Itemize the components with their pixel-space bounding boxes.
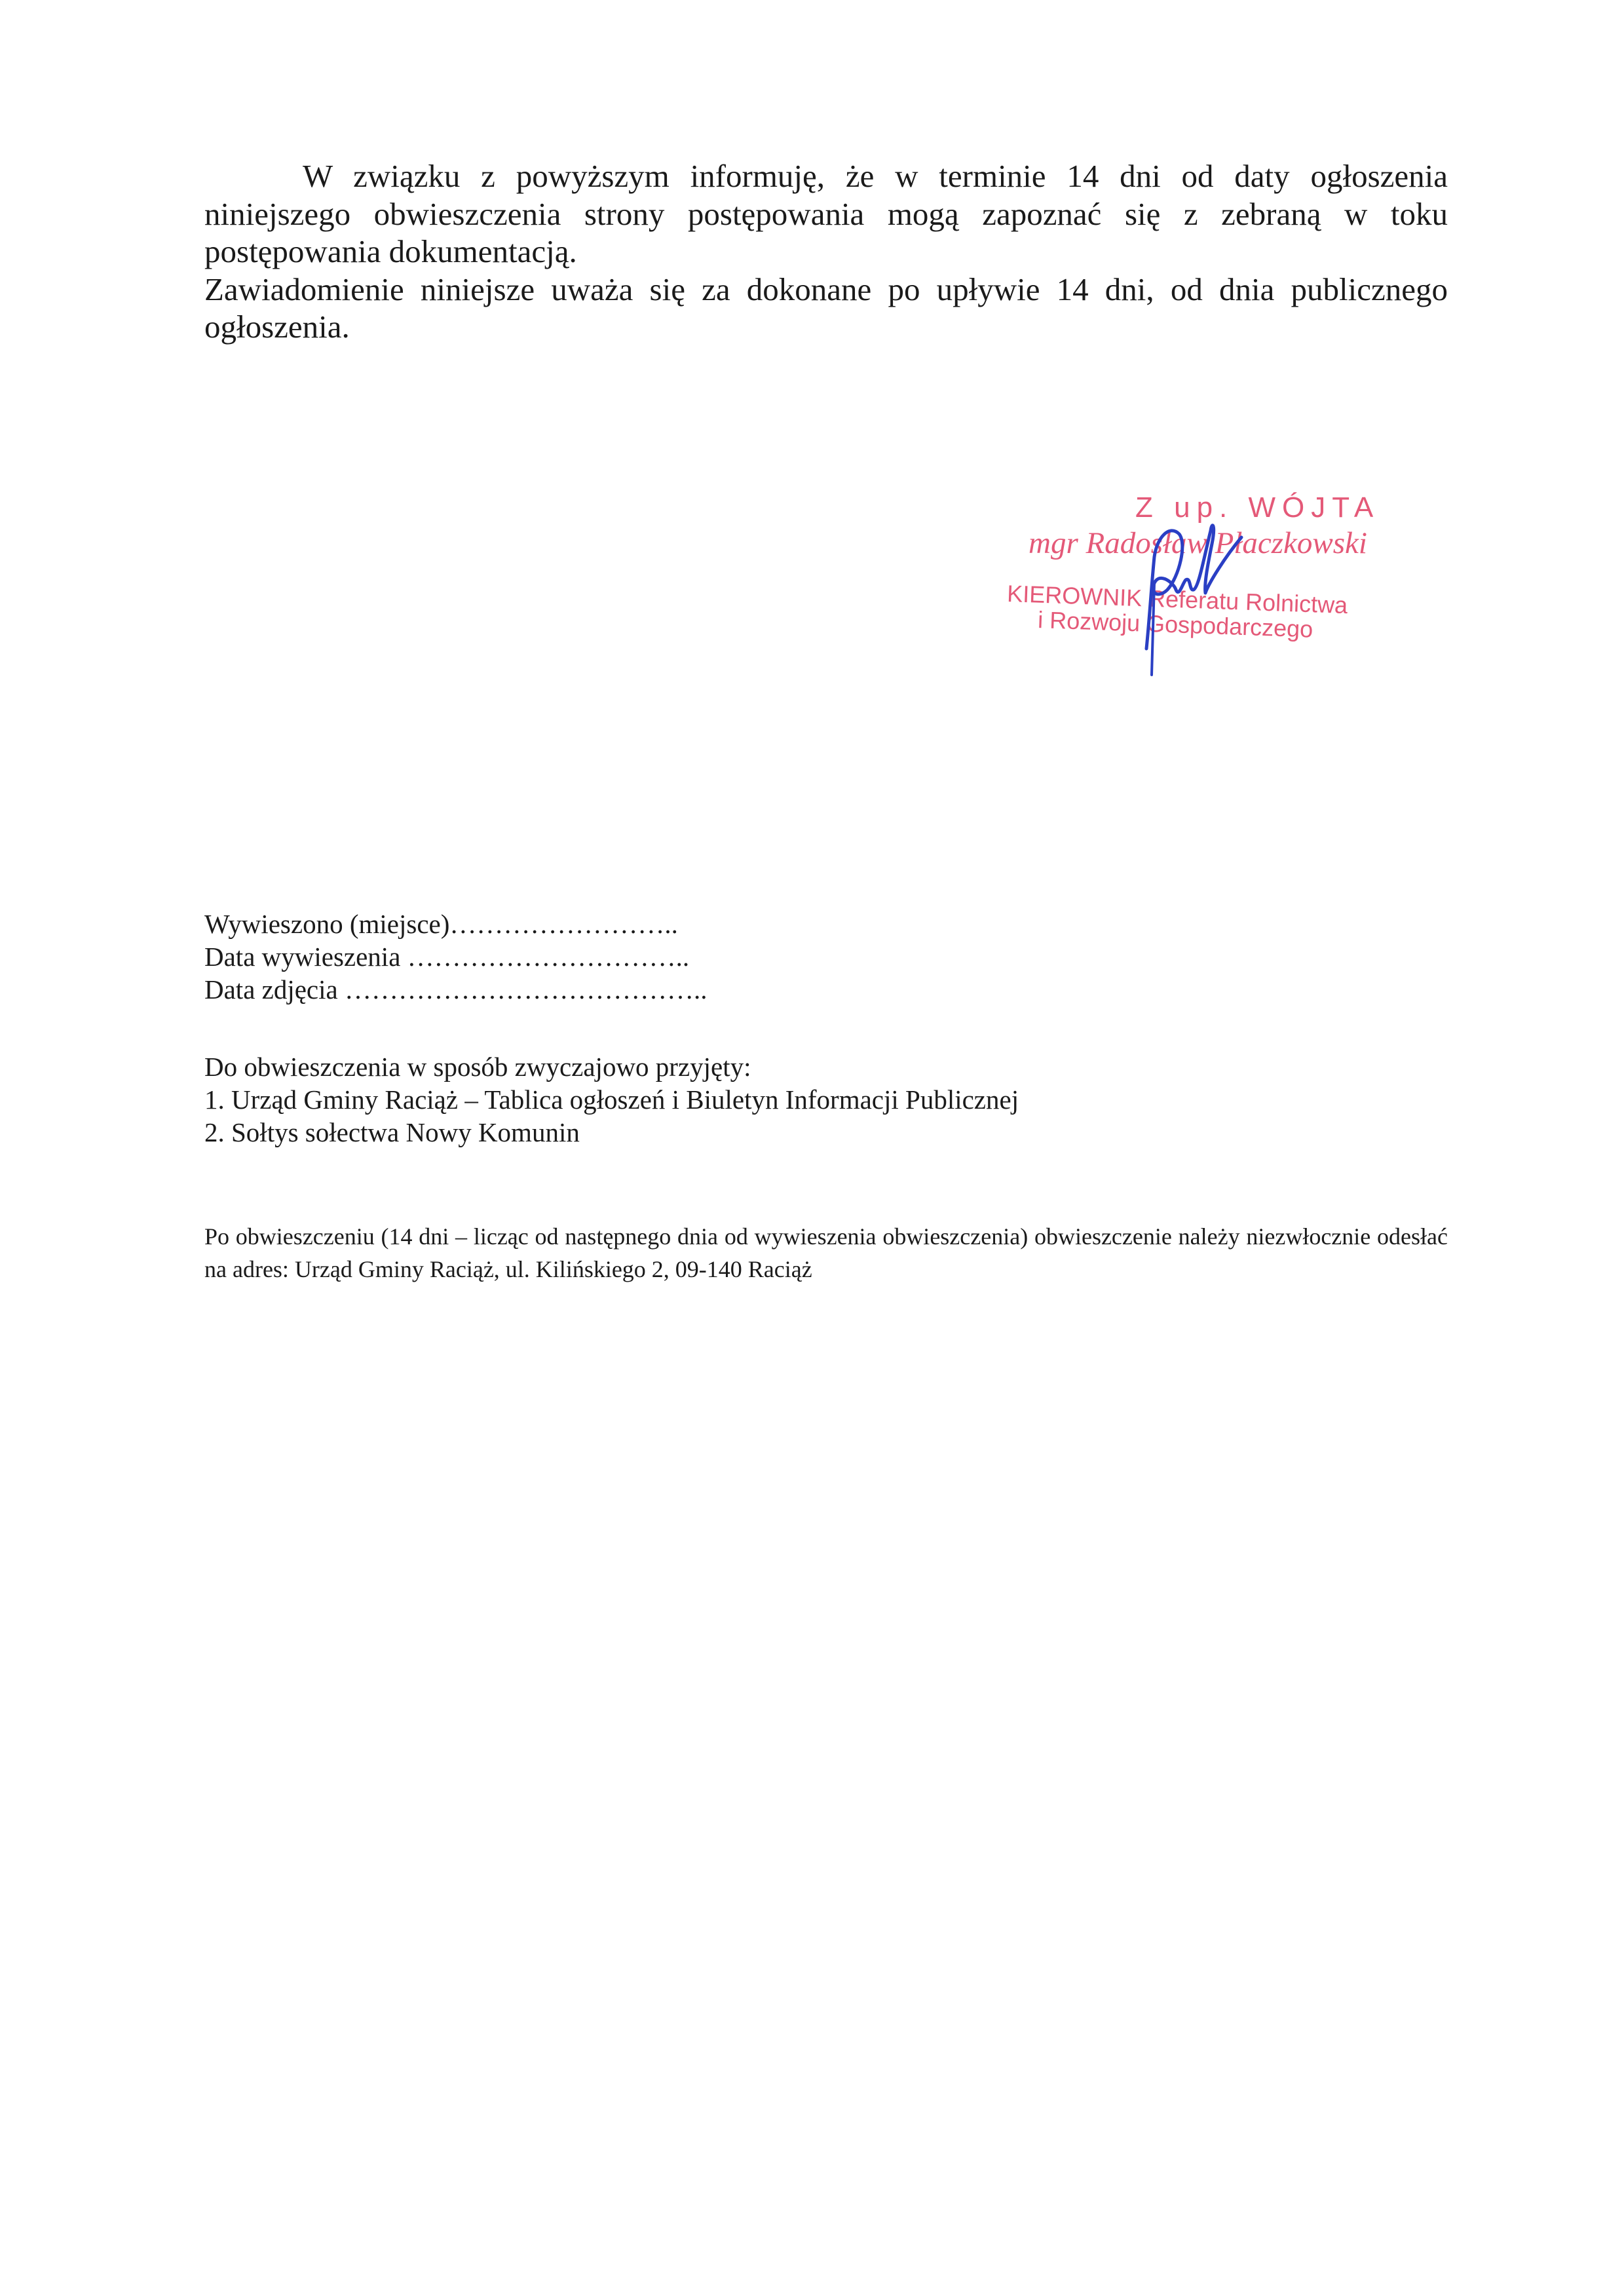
return-instructions-text: Po obwieszczeniu (14 dni – licząc od nas…: [204, 1220, 1448, 1286]
posting-place-field: Wywieszono (miejsce)……………………..: [204, 908, 707, 940]
return-instructions: Po obwieszczeniu (14 dni – licząc od nas…: [204, 1220, 1448, 1286]
notice-body: W związku z powyższym informuję, że w te…: [204, 157, 1448, 346]
posting-date-field: Data wywieszenia …………………………..: [204, 940, 707, 973]
distribution-item: 2. Sołtys sołectwa Nowy Komunin: [204, 1116, 1019, 1149]
distribution-item: 1. Urząd Gminy Raciąż – Tablica ogłoszeń…: [204, 1083, 1019, 1116]
official-stamp: Z up. WÓJTA mgr Radosław Płaczkowski KIE…: [983, 485, 1402, 681]
notice-paragraph-1: W związku z powyższym informuję, że w te…: [204, 157, 1448, 271]
distribution-list: Do obwieszczenia w sposób zwyczajowo prz…: [204, 1050, 1019, 1149]
distribution-heading: Do obwieszczenia w sposób zwyczajowo prz…: [204, 1050, 1019, 1083]
notice-paragraph-2: Zawiadomienie niniejsze uważa się za dok…: [204, 271, 1448, 346]
document-page: W związku z powyższym informuję, że w te…: [0, 0, 1624, 2296]
posting-record: Wywieszono (miejsce)…………………….. Data wywi…: [204, 908, 707, 1006]
removal-date-field: Data zdjęcia …………………………………..: [204, 973, 707, 1006]
handwritten-signature-icon: [983, 485, 1402, 681]
